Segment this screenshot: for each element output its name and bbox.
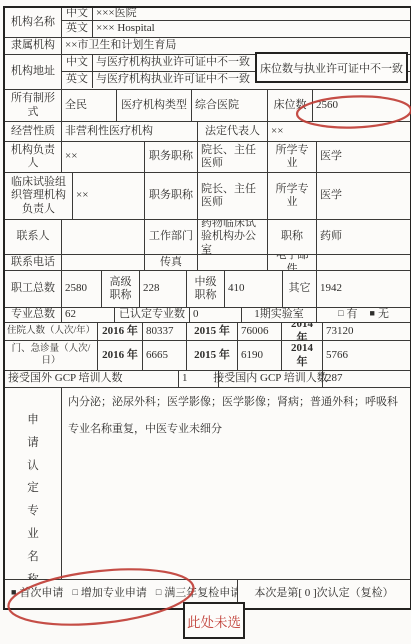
org-type-label: 医疗机构类型 (117, 90, 192, 121)
outpatient-2014-label: 2014 年 (282, 341, 323, 370)
row-nature: 经营性质 非营利性医疗机构 法定代表人 ×× (5, 122, 410, 142)
accredited-majors-value: 0 (190, 308, 242, 322)
majors-total-value: 62 (62, 308, 115, 322)
inpatient-2015-label: 2015 年 (187, 323, 238, 340)
row-outpatient: 门、急诊量（人次/日） 2016 年 6665 2015 年 6190 2014… (5, 341, 410, 371)
dept-value: 药物临床试验机构办公室 (198, 220, 268, 254)
phone-value (62, 255, 145, 270)
trial-head-major-label: 所学专业 (268, 173, 317, 219)
apply-specialties-content: 内分泌；泌尿外科；医学影像；医学影像；肾病；普通外科；呼吸科 专业名称重复，中医… (62, 388, 410, 579)
head-value: ×× (62, 142, 145, 172)
row-institution-name: 机构名称 中文 ×××医院 英文 ××× Hospital (5, 8, 410, 38)
contact-value (62, 220, 145, 254)
row-ownership: 所有制形式 全民 医疗机构类型 综合医院 床位数 2560 (5, 90, 410, 122)
org-type-value: 综合医院 (192, 90, 268, 121)
inpatient-2016-label: 2016 年 (98, 323, 143, 340)
checkbox-empty-icon: □ (156, 587, 161, 597)
address-en-label: 英文 (62, 72, 93, 88)
nature-value: 非营利性医疗机构 (62, 122, 198, 141)
outpatient-2014-value: 5766 (323, 341, 410, 370)
inpatient-2016-value: 80337 (143, 323, 187, 340)
ownership-value: 全民 (62, 90, 117, 121)
row-apply-specialties: 申 请 认 定 专 业 名 称 内分泌；泌尿外科；医学影像；医学影像；肾病；普通… (5, 388, 410, 580)
legal-rep-label: 法定代表人 (198, 122, 268, 141)
head-major-value: 医学 (317, 142, 410, 172)
inpatient-2015-value: 76006 (238, 323, 282, 340)
trial-head-title-value: 院长、主任医师 (198, 173, 268, 219)
outpatient-2015-value: 6190 (238, 341, 282, 370)
row-staff: 职工总数 2580 高级职称 228 中级职称 410 其它 1942 (5, 271, 410, 308)
head-title-label: 职务职称 (145, 142, 198, 172)
beds-label: 床位数 (268, 90, 313, 121)
option-add-specialty[interactable]: □增加专业申请 (72, 587, 146, 600)
outpatient-label: 门、急诊量（人次/日） (5, 341, 98, 370)
option-three-year-recheck[interactable]: □满三年复检申请 (156, 587, 238, 600)
row-trial-head: 临床试验组织管理机构负责人 ×× 职务职称 院长、主任医师 所学专业 医学 (5, 173, 410, 220)
trial-head-title-label: 职务职称 (145, 173, 198, 219)
head-major-label: 所学专业 (268, 142, 317, 172)
row-majors: 专业总数 62 已认定专业数 0 1期实验室 □有 ■无 (5, 308, 410, 323)
address-cn-label: 中文 (62, 55, 93, 71)
scanned-form-page: 机构名称 中文 ×××医院 英文 ××× Hospital 隶属机构 ××市卫生… (0, 0, 411, 644)
lang-cn-label: 中文 (62, 8, 93, 20)
gcp-domestic-label: 接受国内 GCP 培训人数 (219, 371, 323, 387)
outpatient-2016-value: 6665 (143, 341, 187, 370)
legal-rep-value: ×× (268, 122, 410, 141)
ownership-label: 所有制形式 (5, 90, 62, 121)
apply-specialties-label: 申 请 认 定 专 业 名 称 (5, 388, 62, 579)
specialties-review-note: 专业名称重复，中医专业未细分 (68, 423, 222, 436)
address-label: 机构地址 (5, 55, 62, 89)
head-title-value: 院长、主任医师 (198, 142, 268, 172)
mid-title-label: 中级职称 (187, 271, 225, 307)
row-contact: 联系人 工作部门 药物临床试验机构办公室 职称 药师 (5, 220, 410, 255)
checkbox-empty-icon: □ (338, 308, 343, 318)
accreditation-count-text: 本次是第[ 0 ]次认定（复检） (238, 580, 410, 608)
checkbox-filled-icon: ■ (11, 587, 16, 597)
contact-title-value: 药师 (317, 220, 410, 254)
trial-head-label: 临床试验组织管理机构负责人 (5, 173, 73, 219)
lang-en-label: 英文 (62, 21, 93, 37)
phase1-lab-options: □有 ■无 (317, 308, 410, 322)
outpatient-2016-label: 2016 年 (98, 341, 143, 370)
inpatient-2014-label: 2014 年 (282, 323, 323, 340)
institution-name-label: 机构名称 (5, 8, 62, 37)
contact-label: 联系人 (5, 220, 62, 254)
trial-head-value: ×× (73, 173, 145, 219)
other-title-value: 1942 (317, 271, 410, 307)
phase1-lab-label: 1期实验室 (242, 308, 317, 322)
gcp-foreign-label: 接受国外 GCP 培训人数 (5, 371, 179, 387)
phase1-option-none[interactable]: ■无 (370, 308, 389, 321)
inpatient-label: 住院人数（人次/年） (5, 323, 98, 340)
specialties-list: 内分泌；泌尿外科；医学影像；医学影像；肾病；普通外科；呼吸科 (68, 396, 398, 409)
institution-name-cn-value: ×××医院 (93, 8, 410, 20)
outpatient-2015-label: 2015 年 (187, 341, 238, 370)
senior-title-label: 高级职称 (102, 271, 140, 307)
email-label: 电子邮件 (268, 255, 317, 270)
accredited-majors-label: 已认定专业数 (115, 308, 190, 322)
trial-head-major-value: 医学 (317, 173, 410, 219)
fax-label: 传真 (145, 255, 198, 270)
mid-title-value: 410 (225, 271, 283, 307)
option-first-application[interactable]: ■首次申请 (11, 587, 63, 600)
email-value (317, 255, 410, 270)
row-inpatient: 住院人数（人次/年） 2016 年 80337 2015 年 76006 201… (5, 323, 410, 341)
phone-label: 联系电话 (5, 255, 62, 270)
row-phone: 联系电话 传真 电子邮件 (5, 255, 410, 271)
row-head: 机构负责人 ×× 职务职称 院长、主任医师 所学专业 医学 (5, 142, 410, 173)
dept-label: 工作部门 (145, 220, 198, 254)
phase1-option-have[interactable]: □有 (338, 308, 357, 321)
institution-name-en-value: ××× Hospital (93, 21, 410, 37)
inpatient-2014-value: 73120 (323, 323, 410, 340)
senior-title-value: 228 (140, 271, 187, 307)
fax-value (198, 255, 268, 270)
row-gcp: 接受国外 GCP 培训人数 1 接受国内 GCP 培训人数 287 (5, 371, 410, 388)
contact-title-label: 职称 (268, 220, 317, 254)
beds-mismatch-callout: 床位数与执业许可证中不一致 (255, 52, 408, 83)
gcp-domestic-value: 287 (323, 371, 410, 387)
beds-value: 2560 (313, 90, 410, 121)
checkbox-empty-icon: □ (72, 587, 77, 597)
staff-total-label: 职工总数 (5, 271, 62, 307)
checkbox-filled-icon: ■ (370, 308, 375, 318)
affiliation-label: 隶属机构 (5, 38, 62, 54)
nature-label: 经营性质 (5, 122, 62, 141)
unselected-callout: 此处未选 (183, 602, 245, 639)
application-form-table: 机构名称 中文 ×××医院 英文 ××× Hospital 隶属机构 ××市卫生… (3, 6, 411, 610)
staff-total-value: 2580 (62, 271, 102, 307)
head-label: 机构负责人 (5, 142, 62, 172)
majors-total-label: 专业总数 (5, 308, 62, 322)
other-title-label: 其它 (283, 271, 317, 307)
